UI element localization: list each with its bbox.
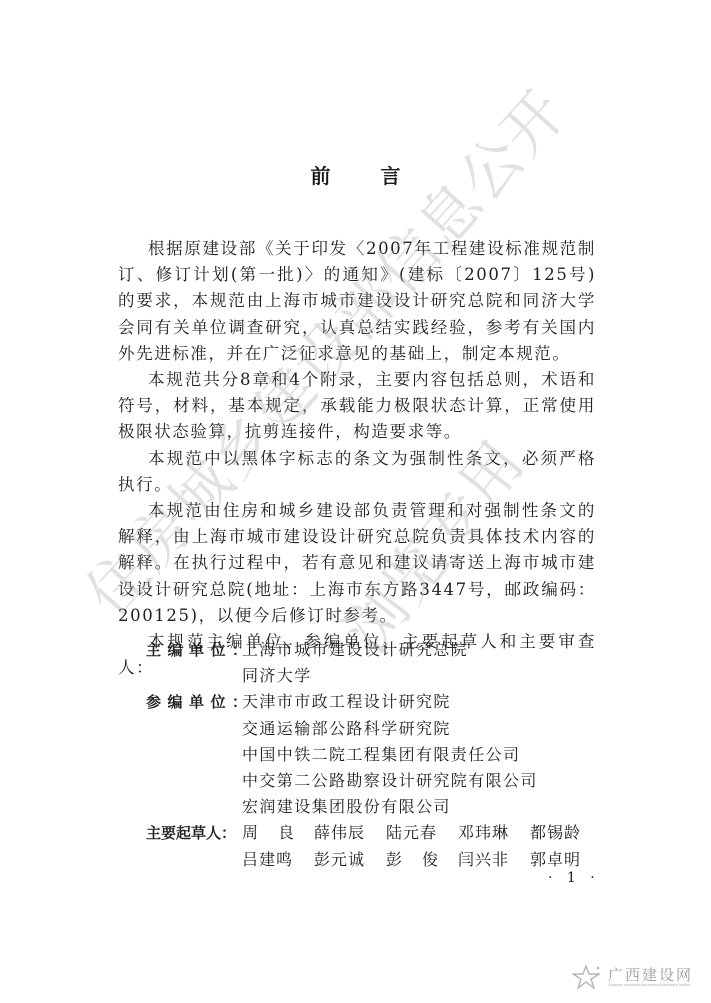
logo-tagline: Guangxi construction network industry le… [608, 983, 693, 988]
drafters-grid: 周良 薛伟辰 陆元春 邓玮琳 都锡龄 吕建鸣 彭元诚 彭俊 闫兴非 郭卓明 [242, 820, 602, 872]
document-page: 前言 根据原建设部《关于印发〈2007年工程建设标准规范制订、修订计划(第一批)… [0, 0, 711, 1003]
drafter-name: 都锡龄 [530, 820, 602, 846]
page-number: · 1 · [548, 870, 600, 886]
roster: 主编单位： 上海市城市建设设计研究总院 同济大学 参编单位： 天津市市政工程设计… [146, 637, 606, 873]
roster-chief-editor: 主编单位： 上海市城市建设设计研究总院 同济大学 [146, 637, 606, 689]
drafter-name: 郭卓明 [530, 847, 602, 873]
paragraph-management: 本规范由住房和城乡建设部负责管理和对强制性条文的解释，由上海市城市建设设计研究总… [118, 498, 596, 629]
logo-name: 广西建设网 [608, 967, 693, 983]
drafter-name: 彭元诚 [314, 847, 386, 873]
roster-value: 同济大学 [242, 663, 468, 689]
roster-drafters: 主要起草人： 周良 薛伟辰 陆元春 邓玮琳 都锡龄 吕建鸣 彭元诚 彭俊 闫兴非… [146, 820, 606, 872]
page-title: 前言 [0, 160, 711, 189]
roster-value: 上海市城市建设设计研究总院 [242, 637, 468, 663]
roster-label-participating: 参编单位： [146, 689, 242, 820]
roster-label-chief-editor: 主编单位： [146, 637, 242, 689]
title-char-2: 言 [381, 160, 401, 189]
roster-value: 宏润建设集团股份有限公司 [242, 794, 538, 820]
paragraph-background: 根据原建设部《关于印发〈2007年工程建设标准规范制订、修订计划(第一批)〉的通… [118, 236, 596, 367]
drafter-name: 吕建鸣 [242, 847, 314, 873]
drafter-name: 陆元春 [386, 820, 458, 846]
roster-label-drafters: 主要起草人： [146, 820, 242, 872]
roster-value: 中国中铁二院工程集团有限责任公司 [242, 742, 538, 768]
roster-value: 中交第二公路勘察设计研究院有限公司 [242, 768, 538, 794]
roster-value: 天津市市政工程设计研究院 [242, 689, 538, 715]
drafter-name: 邓玮琳 [458, 820, 530, 846]
star-logo-icon [572, 965, 600, 989]
roster-value: 交通运输部公路科学研究院 [242, 716, 538, 742]
paragraph-mandatory: 本规范中以黑体字标志的条文为强制性条文，必须严格执行。 [118, 446, 596, 498]
drafter-name: 闫兴非 [458, 847, 530, 873]
site-logo: 广西建设网 Guangxi construction network indus… [572, 962, 710, 992]
drafter-name: 彭俊 [386, 847, 438, 873]
preface-body: 根据原建设部《关于印发〈2007年工程建设标准规范制订、修订计划(第一批)〉的通… [118, 236, 596, 681]
roster-participating: 参编单位： 天津市市政工程设计研究院 交通运输部公路科学研究院 中国中铁二院工程… [146, 689, 606, 820]
title-char-1: 前 [311, 160, 331, 189]
paragraph-contents: 本规范共分8章和4个附录，主要内容包括总则，术语和符号，材料，基本规定，承载能力… [118, 367, 596, 446]
drafter-name: 周良 [242, 820, 294, 846]
drafter-name: 薛伟辰 [314, 820, 386, 846]
